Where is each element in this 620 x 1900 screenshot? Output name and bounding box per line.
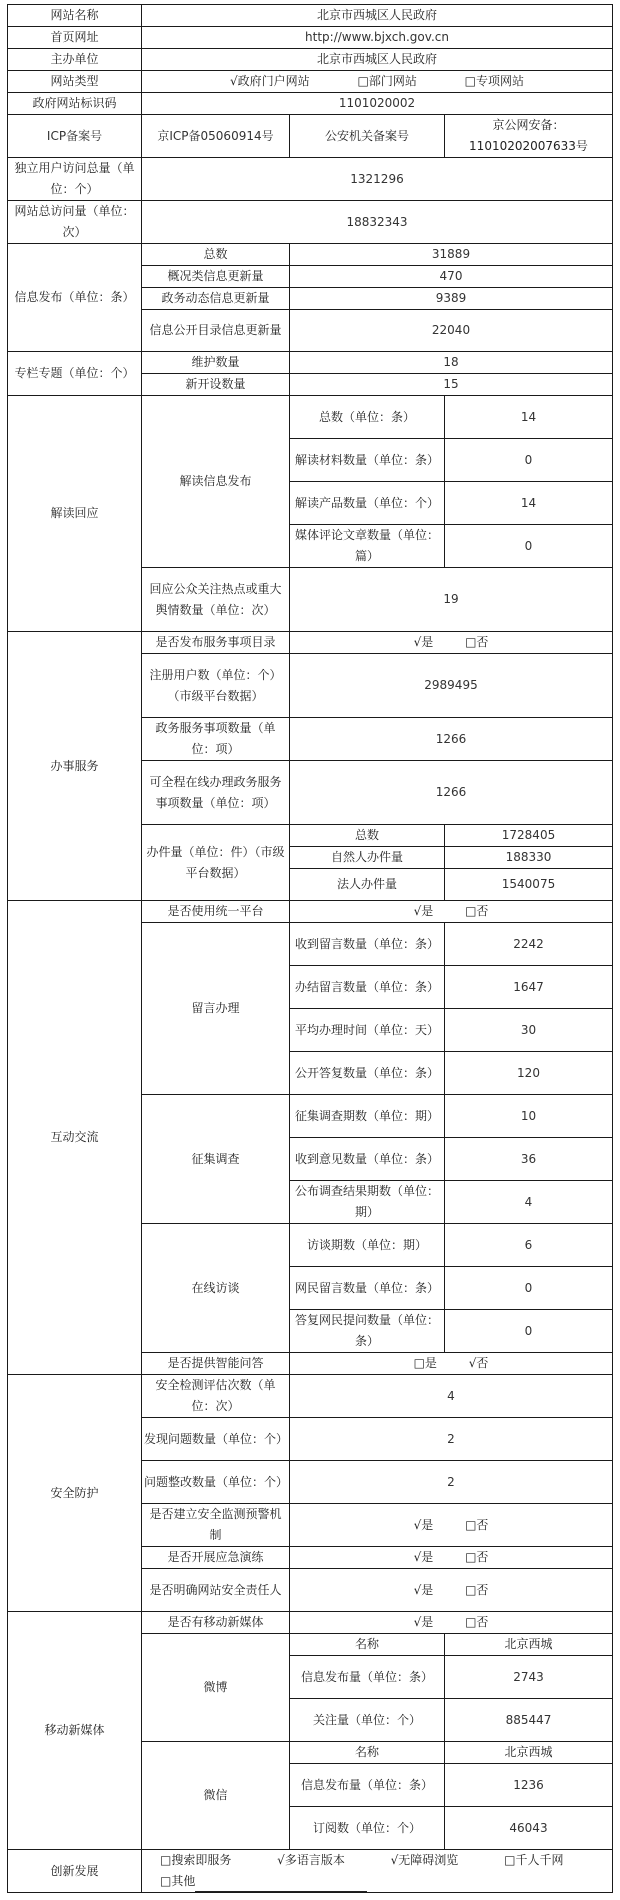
info-row-value: 9389 [290,288,613,310]
interp-row-label: 解读产品数量（单位：个） [290,482,445,525]
row-homepage: 首页网址 http://www.bjxch.gov.cn [8,27,613,49]
site-type-options: √政府门户网站 □部门网站 □专项网站 [142,71,613,93]
sec-check-label: 是否建立安全监测预警机制 [142,1504,290,1547]
site-code-value: 1101020002 [142,93,613,115]
columns-row-value: 18 [290,352,613,374]
row-int-platform: 互动交流 是否使用统一平台 √是 □否 [8,901,613,923]
interview-row-label: 访谈期数（单位：期） [290,1224,445,1267]
mobile-has-label: 是否有移动新媒体 [142,1612,290,1634]
weibo-name-label: 名称 [290,1634,445,1656]
info-row-label: 总数 [142,244,290,266]
interp-row-label: 媒体评论文章数量（单位：篇） [290,525,445,568]
msg-row-label: 办结留言数量（单位：条） [290,966,445,1009]
interpretation-label: 解读回应 [8,396,142,632]
checkbox-accessibility: √无障碍浏览 [391,1850,459,1871]
innovation-options: □搜索即服务 √多语言版本 √无障碍浏览 □千人千网 □其他 [142,1850,613,1893]
survey-row-label: 征集调查期数（单位：期） [290,1095,445,1138]
interview-row-label: 答复网民提问数量（单位：条） [290,1310,445,1353]
columns-label: 专栏专题（单位：个） [8,352,142,396]
row-innovation: 创新发展 □搜索即服务 √多语言版本 √无障碍浏览 □千人千网 □其他 [8,1850,613,1893]
interp-row-label: 总数（单位：条） [290,396,445,439]
svc-items-value: 1266 [290,718,613,761]
info-row-value: 470 [290,266,613,288]
svc-online-label: 可全程在线办理政务服务事项数量（单位：项） [142,761,290,825]
msg-row-value: 120 [445,1052,613,1095]
checkbox-yes: √是 [414,632,434,653]
checkbox-yes: √是 [414,1580,434,1601]
security-label: 安全防护 [8,1375,142,1612]
sec-check-label: 是否开展应急演练 [142,1547,290,1569]
pv-value: 18832343 [142,201,613,244]
info-row-label: 概况类信息更新量 [142,266,290,288]
row-site-type: 网站类型 √政府门户网站 □部门网站 □专项网站 [8,71,613,93]
svc-catalog-options: √是 □否 [290,632,613,654]
sponsor-value: 北京市西城区人民政府 [142,49,613,71]
checkbox-no: □否 [465,1515,488,1536]
site-code-label: 政府网站标识码 [8,93,142,115]
icp-value: 京ICP备05060914号 [142,115,290,158]
svc-cases-label: 办件量（单位：件）（市级平台数据） [142,825,290,901]
interpretation-sub-label: 解读信息发布 [142,396,290,568]
svc-case-value: 1540075 [445,869,613,901]
wechat-name-label: 名称 [290,1742,445,1764]
row-columns-maintained: 专栏专题（单位：个） 维护数量 18 [8,352,613,374]
interview-label: 在线访谈 [142,1224,290,1353]
checkbox-other: □其他 [160,1874,195,1888]
checkbox-no: □否 [465,1580,488,1601]
mobile-label: 移动新媒体 [8,1612,142,1850]
svc-case-label: 总数 [290,825,445,847]
homepage-value: http://www.bjxch.gov.cn [142,27,613,49]
sec-check-label: 是否明确网站安全责任人 [142,1569,290,1612]
row-site-name: 网站名称 北京市西城区人民政府 [8,5,613,27]
svc-items-label: 政务服务事项数量（单位：项） [142,718,290,761]
checkbox-no: □否 [465,1547,488,1568]
msg-row-value: 2242 [445,923,613,966]
checkbox-search-service: □搜索即服务 [160,1850,231,1871]
checkbox-no: □否 [465,1612,488,1633]
weibo-name-value: 北京西城 [445,1634,613,1656]
sec-row-label: 安全检测评估次数（单位：次） [142,1375,290,1418]
row-sec-checks: 安全防护 安全检测评估次数（单位：次） 4 [8,1375,613,1418]
checkbox-multilingual: √多语言版本 [277,1850,345,1871]
survey-row-value: 10 [445,1095,613,1138]
wechat-posts-label: 信息发布量（单位：条） [290,1764,445,1807]
sec-row-value: 2 [290,1418,613,1461]
msg-row-label: 公开答复数量（单位：条） [290,1052,445,1095]
info-row-value: 22040 [290,310,613,352]
columns-row-value: 15 [290,374,613,396]
checkbox-no: □否 [465,901,488,922]
interp-row-label: 解读材料数量（单位：条） [290,439,445,482]
checkbox-portal-site: √政府门户网站 [230,71,310,92]
annual-report-table: 网站名称 北京市西城区人民政府 首页网址 http://www.bjxch.go… [7,4,613,1893]
sec-row-value: 2 [290,1461,613,1504]
police-value: 京公网安备： 11010202007633号 [445,115,613,158]
svc-online-value: 1266 [290,761,613,825]
message-label: 留言办理 [142,923,290,1095]
svc-users-value: 2989495 [290,654,613,718]
row-page-views: 网站总访问量（单位：次） 18832343 [8,201,613,244]
uv-value: 1321296 [142,158,613,201]
checkbox-special-site: □专项网站 [465,71,524,92]
columns-row-label: 新开设数量 [142,374,290,396]
smart-qa-label: 是否提供智能问答 [142,1353,290,1375]
pv-label: 网站总访问量（单位：次） [8,201,142,244]
sec-check-options: √是 □否 [290,1504,613,1547]
interaction-label: 互动交流 [8,901,142,1375]
checkbox-yes: √是 [414,1515,434,1536]
survey-row-value: 4 [445,1181,613,1224]
checkbox-personalized: □千人千网 [504,1850,563,1871]
sec-row-value: 4 [290,1375,613,1418]
uv-label: 独立用户访问总量（单位：个） [8,158,142,201]
checkbox-no: √否 [469,1353,489,1374]
row-interp-total: 解读回应 解读信息发布 总数（单位：条） 14 [8,396,613,439]
survey-row-label: 公布调查结果期数（单位：期） [290,1181,445,1224]
msg-row-value: 30 [445,1009,613,1052]
msg-row-label: 收到留言数量（单位：条） [290,923,445,966]
columns-row-label: 维护数量 [142,352,290,374]
site-type-label: 网站类型 [8,71,142,93]
interp-row-value: 0 [445,439,613,482]
survey-label: 征集调查 [142,1095,290,1224]
police-value-line2: 11010202007633号 [447,136,610,157]
interp-response-value: 19 [290,568,613,632]
survey-row-value: 36 [445,1138,613,1181]
info-row-value: 31889 [290,244,613,266]
interp-row-value: 14 [445,482,613,525]
svc-users-label: 注册用户数（单位：个）（市级平台数据） [142,654,290,718]
survey-row-label: 收到意见数量（单位：条） [290,1138,445,1181]
svc-catalog-label: 是否发布服务事项目录 [142,632,290,654]
checkbox-yes: □是 [414,1353,437,1374]
sec-check-options: √是 □否 [290,1547,613,1569]
wechat-subs-value: 46043 [445,1807,613,1850]
checkbox-yes: √是 [414,901,434,922]
interview-row-value: 0 [445,1267,613,1310]
row-unique-visitors: 独立用户访问总量（单位：个） 1321296 [8,158,613,201]
interview-row-value: 0 [445,1310,613,1353]
site-name-value: 北京市西城区人民政府 [142,5,613,27]
weibo-followers-label: 关注量（单位：个） [290,1699,445,1742]
svc-case-value: 188330 [445,847,613,869]
info-row-label: 信息公开目录信息更新量 [142,310,290,352]
int-platform-options: √是 □否 [290,901,613,923]
sec-row-label: 发现问题数量（单位：个） [142,1418,290,1461]
sec-row-label: 问题整改数量（单位：个） [142,1461,290,1504]
row-icp: ICP备案号 京ICP备05060914号 公安机关备案号 京公网安备： 110… [8,115,613,158]
info-publish-label: 信息发布（单位：条） [8,244,142,352]
wechat-label: 微信 [142,1742,290,1850]
sec-check-options: √是 □否 [290,1569,613,1612]
checkbox-yes: √是 [414,1612,434,1633]
weibo-posts-value: 2743 [445,1656,613,1699]
wechat-posts-value: 1236 [445,1764,613,1807]
smart-qa-options: □是 √否 [290,1353,613,1375]
wechat-name-value: 北京西城 [445,1742,613,1764]
interp-row-value: 14 [445,396,613,439]
weibo-posts-label: 信息发布量（单位：条） [290,1656,445,1699]
svc-case-label: 自然人办件量 [290,847,445,869]
info-row-label: 政务动态信息更新量 [142,288,290,310]
weibo-followers-value: 885447 [445,1699,613,1742]
checkbox-no: □否 [465,632,488,653]
interview-row-label: 网民留言数量（单位：条） [290,1267,445,1310]
sponsor-label: 主办单位 [8,49,142,71]
interp-row-value: 0 [445,525,613,568]
row-svc-catalog: 办事服务 是否发布服务事项目录 √是 □否 [8,632,613,654]
other-blank-line [195,1878,367,1892]
checkbox-department-site: □部门网站 [357,71,416,92]
services-label: 办事服务 [8,632,142,901]
weibo-label: 微博 [142,1634,290,1742]
row-info-total: 信息发布（单位：条） 总数 31889 [8,244,613,266]
row-mobile-has: 移动新媒体 是否有移动新媒体 √是 □否 [8,1612,613,1634]
msg-row-label: 平均办理时间（单位：天） [290,1009,445,1052]
row-sponsor: 主办单位 北京市西城区人民政府 [8,49,613,71]
interview-row-value: 6 [445,1224,613,1267]
mobile-has-options: √是 □否 [290,1612,613,1634]
homepage-label: 首页网址 [8,27,142,49]
icp-label: ICP备案号 [8,115,142,158]
msg-row-value: 1647 [445,966,613,1009]
site-name-label: 网站名称 [8,5,142,27]
interp-response-label: 回应公众关注热点或重大舆情数量（单位：次） [142,568,290,632]
police-value-line1: 京公网安备： [447,115,610,136]
int-platform-label: 是否使用统一平台 [142,901,290,923]
wechat-subs-label: 订阅数（单位：个） [290,1807,445,1850]
svc-case-value: 1728405 [445,825,613,847]
police-label: 公安机关备案号 [290,115,445,158]
row-site-code: 政府网站标识码 1101020002 [8,93,613,115]
innovation-label: 创新发展 [8,1850,142,1893]
svc-case-label: 法人办件量 [290,869,445,901]
checkbox-yes: √是 [414,1547,434,1568]
